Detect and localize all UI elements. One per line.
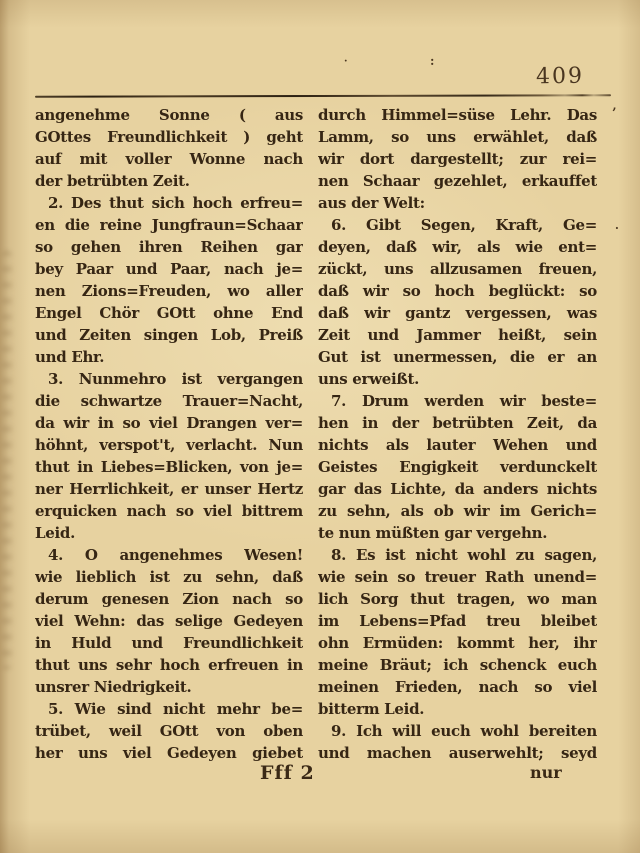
text-line: Geistes Engigkeit verdunckelt (318, 456, 597, 478)
page-gutter-shadow (2, 250, 12, 670)
text-line: so gehen ihren Reihen gar schön (35, 236, 303, 258)
text-line: ner Herrlichkeit, er unser Hertz (35, 478, 303, 500)
signature-mark: Fff 2 (260, 762, 315, 784)
text-line: und Ehr. (35, 346, 303, 368)
text-line: Zeit und Jammer heißt, sein (318, 324, 597, 346)
left-column: angenehme Sonne ( ausGOttes Freundlichke… (35, 104, 303, 764)
ink-speck: : (430, 54, 434, 68)
text-line: in Huld und Freundlichkeit (35, 632, 303, 654)
text-line: wie sein so treuer Rath unend= (318, 566, 597, 588)
text-line: zu sehn, als ob wir im Gerich= (318, 500, 597, 522)
text-line: 6. Gibt Segen, Kraft, Ge= (318, 214, 597, 236)
text-line: hen in der betrübten Zeit, da (318, 412, 597, 434)
text-line: und Zeiten singen Lob, Preiß (35, 324, 303, 346)
text-line: der betrübten Zeit. (35, 170, 303, 192)
text-line: en die reine Jungfraun=Schaar (35, 214, 303, 236)
catchword: nur (530, 763, 562, 782)
text-line: thut uns sehr hoch erfreuen in (35, 654, 303, 676)
text-line: angenehme Sonne ( aus (35, 104, 303, 126)
text-line: nichts als lauter Wehen und (318, 434, 597, 456)
text-line: derum genesen Zion nach so (35, 588, 303, 610)
page-number: 409 (536, 64, 584, 90)
text-line: Leid. (35, 522, 303, 544)
text-line: Engel Chör GOtt ohne End (35, 302, 303, 324)
header-rule (35, 94, 611, 98)
text-line: ohn Ermüden: kommt her, ihr (318, 632, 597, 654)
text-line: her uns viel Gedeyen giebet (35, 742, 303, 764)
text-line: höhnt, verspot't, verlacht. Nun (35, 434, 303, 456)
text-line: te nun müßten gar vergehn. (318, 522, 597, 544)
text-line: im Lebens=Pfad treu bleibet (318, 610, 597, 632)
text-line: deyen, daß wir, als wie ent= (318, 236, 597, 258)
ink-speck: ’ (612, 106, 617, 121)
text-line: GOttes Freundlichkeit ) geht (35, 126, 303, 148)
text-line: 9. Ich will euch wohl bereiten (318, 720, 597, 742)
text-line: gar das Lichte, da anders nichts (318, 478, 597, 500)
text-line: unsrer Niedrigkeit. (35, 676, 303, 698)
text-line: auf mit voller Wonne nach (35, 148, 303, 170)
text-line: und machen auserwehlt; seyd (318, 742, 597, 764)
text-line: 3. Nunmehro ist vergangen (35, 368, 303, 390)
book-page-scan: 409 angenehme Sonne ( ausGOttes Freundli… (0, 0, 640, 853)
text-line: 2. Des thut sich hoch erfreu= (35, 192, 303, 214)
text-columns: angenehme Sonne ( ausGOttes Freundlichke… (35, 104, 597, 764)
text-line: bey Paar und Paar, nach je= (35, 258, 303, 280)
text-line: erquicken nach so viel bittrem (35, 500, 303, 522)
text-line: 4. O angenehmes Wesen! (35, 544, 303, 566)
text-line: da wir in so viel Drangen ver= (35, 412, 303, 434)
text-line: durch Himmel=süse Lehr. Das (318, 104, 597, 126)
text-line: viel Wehn: das selige Gedeyen (35, 610, 303, 632)
text-line: aus der Welt: (318, 192, 597, 214)
text-line: lich Sorg thut tragen, wo man (318, 588, 597, 610)
text-line: meine Bräut; ich schenck euch (318, 654, 597, 676)
text-line: uns erweißt. (318, 368, 597, 390)
text-line: 8. Es ist nicht wohl zu sagen, (318, 544, 597, 566)
text-line: nen Schaar gezehlet, erkauffet (318, 170, 597, 192)
text-line: wir dort dargestellt; zur rei= (318, 148, 597, 170)
ink-speck: · (344, 56, 347, 67)
text-line: bitterm Leid. (318, 698, 597, 720)
text-line: 7. Drum werden wir beste= (318, 390, 597, 412)
text-line: zückt, uns allzusamen freuen, (318, 258, 597, 280)
text-line: nen Zions=Freuden, wo aller (35, 280, 303, 302)
text-line: wie lieblich ist zu sehn, daß wie= (35, 566, 303, 588)
text-line: thut in Liebes=Blicken, von je= (35, 456, 303, 478)
text-line: 5. Wie sind nicht mehr be= (35, 698, 303, 720)
right-column: durch Himmel=süse Lehr. DasLamm, so uns … (318, 104, 597, 764)
text-line: daß wir gantz vergessen, was (318, 302, 597, 324)
text-line: meinen Frieden, nach so viel (318, 676, 597, 698)
text-line: Gut ist unermessen, die er an (318, 346, 597, 368)
text-line: trübet, weil GOtt von oben (35, 720, 303, 742)
text-line: daß wir so hoch beglückt: so (318, 280, 597, 302)
text-line: die schwartze Trauer=Nacht, (35, 390, 303, 412)
text-line: Lamm, so uns erwählet, daß (318, 126, 597, 148)
ink-speck: · (615, 222, 619, 235)
